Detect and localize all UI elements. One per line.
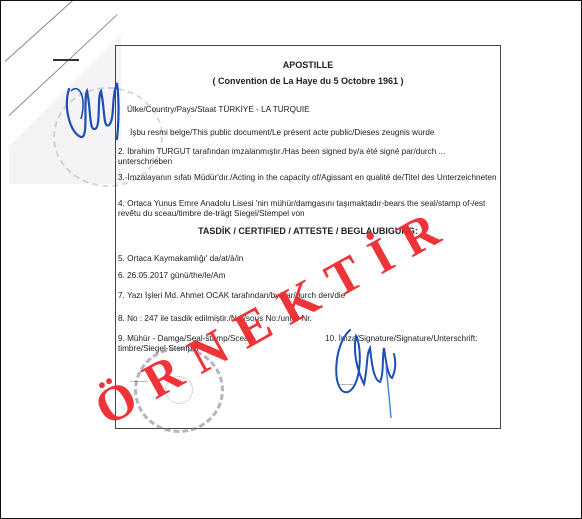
item-3: 3.-İmzalayanın sıfatı Müdür'dır./Acting … bbox=[118, 173, 498, 183]
country-line: Ülke/Country/Pays/Staat TÜRKİYE - LA TUR… bbox=[127, 105, 310, 115]
dash-mark bbox=[53, 59, 79, 61]
document-scan: APOSTILLE ( Convention de La Haye du 5 O… bbox=[0, 0, 582, 519]
document-subtitle: ( Convention de La Haye du 5 Octobre 196… bbox=[115, 77, 501, 87]
item-5: 5. Ortaca Kaymakamlığı' da/at/à/in bbox=[118, 254, 243, 264]
item-1: İşbu resmi belge/This public document/Le… bbox=[130, 128, 434, 138]
signature-top-left bbox=[61, 79, 131, 149]
item-6: 6. 26.05.2017 günü/the/le/Am bbox=[118, 271, 225, 281]
signature-bottom-right bbox=[326, 326, 406, 421]
document-title: APOSTILLE bbox=[115, 61, 501, 71]
fold-crease-line bbox=[5, 0, 110, 62]
item-2: 2. İbrahim TURGUT tarafından imzalanmışt… bbox=[118, 147, 498, 166]
